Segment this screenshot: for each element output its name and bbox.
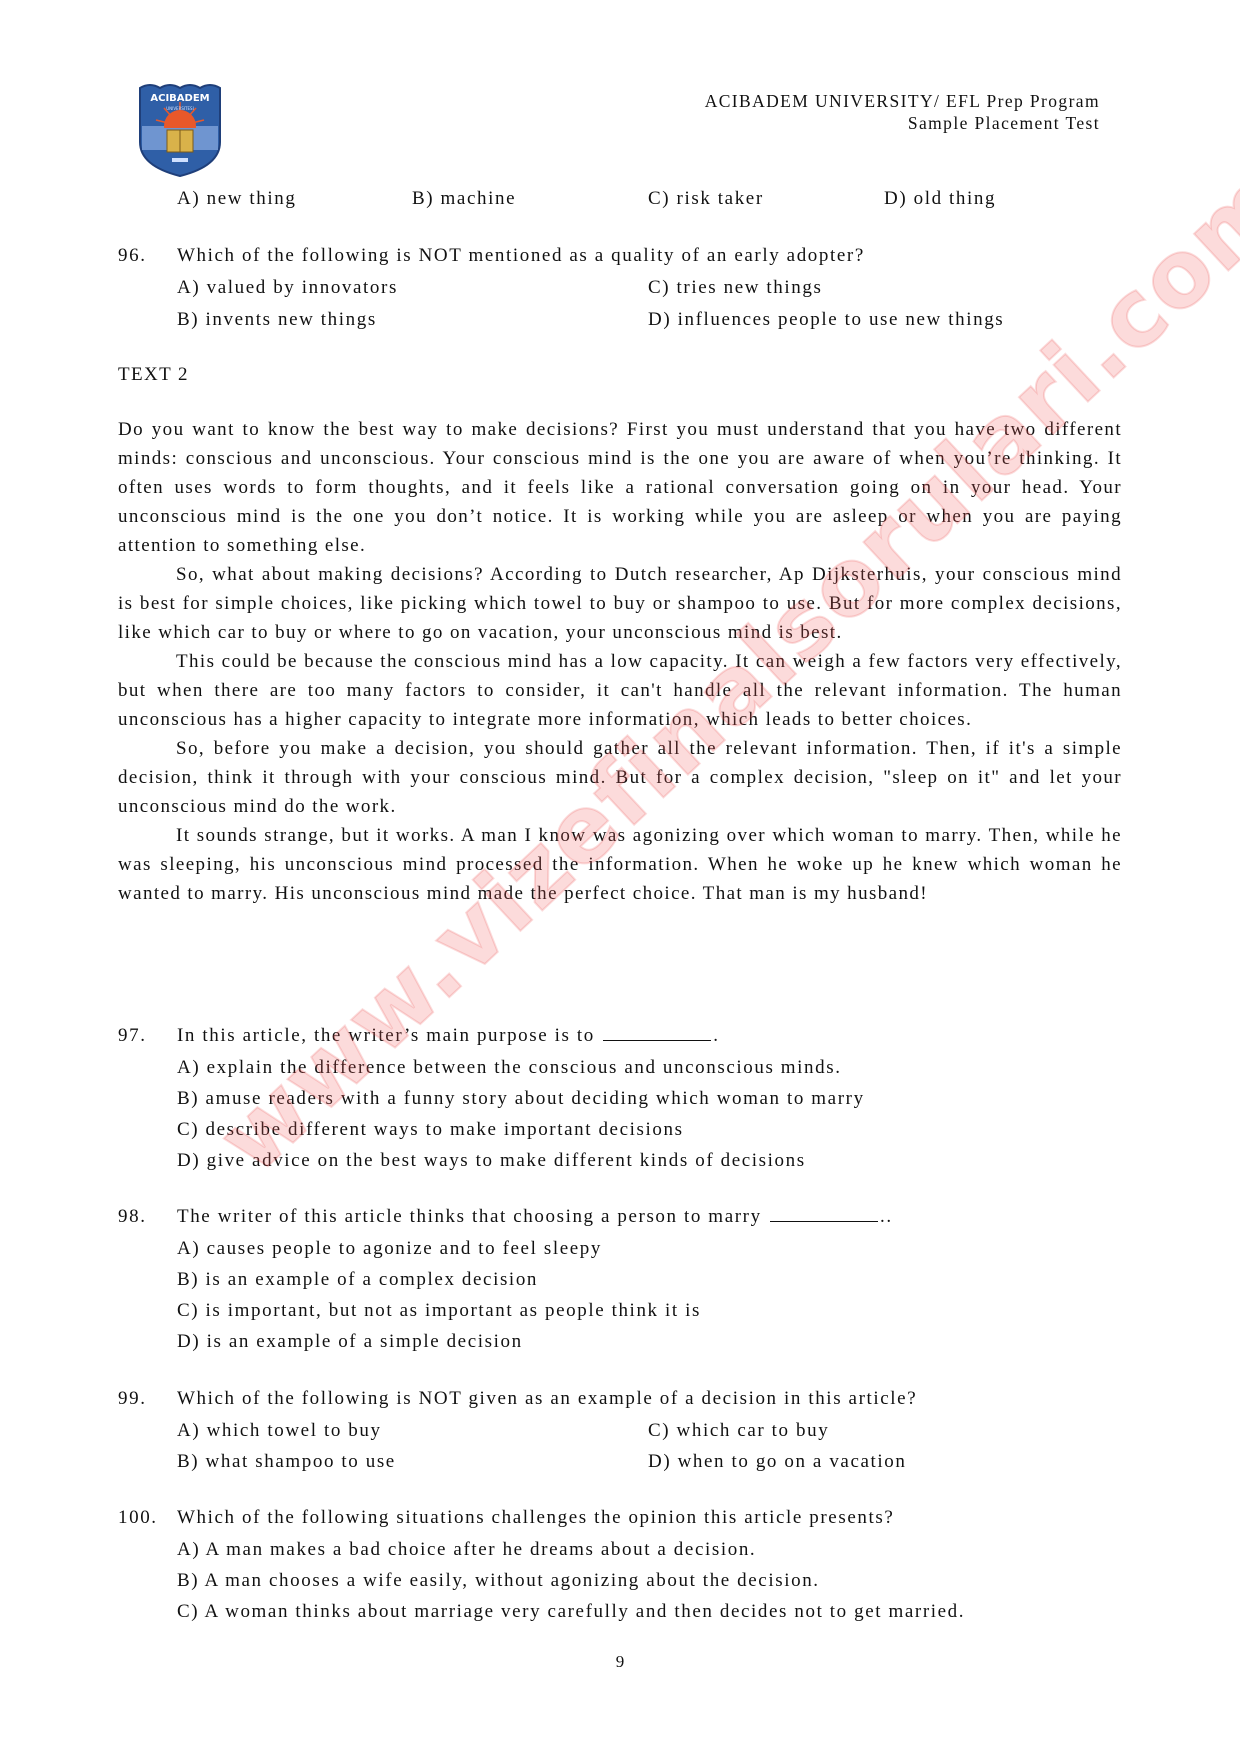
svg-text:UNIVERSITESI: UNIVERSITESI [166,106,194,111]
section-title: TEXT 2 [118,364,189,386]
q97-option-b: B) amuse readers with a funny story abou… [177,1088,865,1110]
q100-option-c: C) A woman thinks about marriage very ca… [177,1601,965,1623]
test-page: ACIBADEM UNIVERSITESI ACIBADEM UNIVERSIT… [0,0,1240,1754]
q95-option-c: C) risk taker [648,188,764,210]
passage-paragraph: So, what about making decisions? Accordi… [118,560,1122,647]
q96-option-d: D) influences people to use new things [648,309,1004,331]
q100-option-b: B) A man chooses a wife easily, without … [177,1570,820,1592]
question-number: 100. [118,1507,158,1529]
q99-option-c: C) which car to buy [648,1420,829,1442]
question-text: In this article, the writer’s main purpo… [177,1025,720,1047]
q98-option-c: C) is important, but not as important as… [177,1300,701,1322]
q96-option-a: A) valued by innovators [177,277,398,299]
q98-option-d: D) is an example of a simple decision [177,1331,523,1353]
q97-option-c: C) describe different ways to make impor… [177,1119,684,1141]
passage-paragraph: This could be because the conscious mind… [118,647,1122,734]
q97-option-d: D) give advice on the best ways to make … [177,1150,806,1172]
q99-option-b: B) what shampoo to use [177,1451,396,1473]
q98-option-a: A) causes people to agonize and to feel … [177,1238,602,1260]
q97-option-a: A) explain the difference between the co… [177,1057,842,1079]
q96-option-b: B) invents new things [177,309,377,331]
q95-option-a: A) new thing [177,188,296,210]
document-title: Sample Placement Test [705,112,1100,134]
answer-blank [603,1026,711,1041]
answer-blank [770,1207,878,1222]
q96-option-c: C) tries new things [648,277,822,299]
q98-option-b: B) is an example of a complex decision [177,1269,538,1291]
question-text: The writer of this article thinks that c… [177,1206,893,1228]
question-number: 99. [118,1388,147,1410]
page-number: 9 [0,1652,1240,1672]
question-text: Which of the following is NOT given as a… [177,1388,917,1410]
svg-text:ACIBADEM: ACIBADEM [150,93,209,104]
q99-option-a: A) which towel to buy [177,1420,382,1442]
question-number: 98. [118,1206,147,1228]
question-text: Which of the following is NOT mentioned … [177,245,865,267]
q99-option-d: D) when to go on a vacation [648,1451,906,1473]
q100-option-a: A) A man makes a bad choice after he dre… [177,1539,756,1561]
passage-paragraph: It sounds strange, but it works. A man I… [118,821,1122,908]
q95-option-d: D) old thing [884,188,996,210]
question-text: Which of the following situations challe… [177,1507,894,1529]
question-number: 97. [118,1025,147,1047]
question-number: 96. [118,245,147,267]
document-header: ACIBADEM UNIVERSITY/ EFL Prep Program Sa… [705,90,1100,134]
institution-title: ACIBADEM UNIVERSITY/ EFL Prep Program [705,90,1100,112]
reading-passage: Do you want to know the best way to make… [118,415,1122,908]
passage-paragraph: So, before you make a decision, you shou… [118,734,1122,821]
passage-paragraph: Do you want to know the best way to make… [118,415,1122,560]
university-crest-icon: ACIBADEM UNIVERSITESI [134,82,226,178]
q95-option-b: B) machine [412,188,516,210]
